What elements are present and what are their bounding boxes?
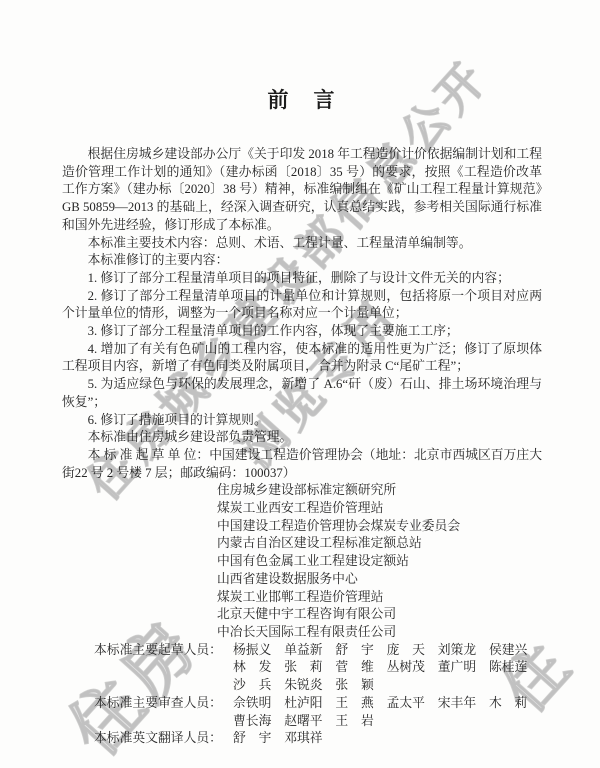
drafters-block: 本标准主要起草人员： 杨振义 单益新 舒 宇 庞 天 刘策龙 侯建兴 林 发 张…	[62, 642, 542, 695]
drafting-unit: 住房城乡建设部标准定额研究所	[217, 482, 542, 500]
personnel-row: 林 发 张 莉 菅 维 丛树茂 董广明 陈桂莲	[233, 659, 542, 677]
personnel-row: 曹长海 赵曙平 王 岩	[233, 713, 542, 731]
revision-item-6: 6. 修订了措施项目的计算规则。	[62, 412, 542, 430]
drafting-unit: 煤炭工业邯郸工程造价管理站	[217, 589, 542, 607]
drafting-unit: 山西省建设数据服务中心	[217, 571, 542, 589]
drafting-unit: 内蒙古自治区建设工程标准定额总站	[217, 535, 542, 553]
revision-item-2: 2. 修订了部分工程量清单项目的计量单位和计算规则，包括将原一个项目对应两个计量…	[62, 288, 542, 323]
personnel-section: 本标准主要起草人员： 杨振义 单益新 舒 宇 庞 天 刘策龙 侯建兴 林 发 张…	[62, 642, 542, 748]
personnel-row: 舒 宇 邓琪祥	[233, 730, 542, 748]
drafting-unit: 中冶长天国际工程有限责任公司	[217, 624, 542, 642]
drafting-unit: 煤炭工业西安工程造价管理站	[217, 500, 542, 518]
drafting-units-list: 住房城乡建设部标准定额研究所 煤炭工业西安工程造价管理站 中国建设工程造价管理协…	[217, 482, 542, 641]
paragraph-contents: 本标准主要技术内容：总则、术语、工程计量、工程量清单编制等。	[62, 235, 542, 253]
drafting-unit: 中国建设工程造价管理协会煤炭专业委员会	[217, 518, 542, 536]
reviewers-label: 本标准主要审查人员：	[62, 695, 233, 713]
reviewers-block: 本标准主要审查人员： 佘铁明 杜泸阳 王 燕 孟太平 宋丰年 木 莉 曹长海 赵…	[62, 695, 542, 730]
drafters-names: 杨振义 单益新 舒 宇 庞 天 刘策龙 侯建兴 林 发 张 莉 菅 维 丛树茂 …	[233, 642, 542, 695]
translators-block: 本标准英文翻译人员： 舒 宇 邓琪祥	[62, 730, 542, 748]
personnel-row: 沙 兵 朱锐炎 张 颖	[233, 677, 542, 695]
drafters-label: 本标准主要起草人员：	[62, 642, 233, 660]
paragraph-management: 本标准由住房城乡建设部负责管理。	[62, 429, 542, 447]
page-content: 前 言 根据住房城乡建设部办公厅《关于印发 2018 年工程造价计价依据编制计划…	[62, 0, 542, 748]
paragraph-intro: 根据住房城乡建设部办公厅《关于印发 2018 年工程造价计价依据编制计划和工程造…	[62, 146, 542, 235]
drafting-unit: 中国有色金属工业工程建设定额站	[217, 553, 542, 571]
drafting-unit: 北京天健中宇工程咨询有限公司	[217, 606, 542, 624]
personnel-row: 杨振义 单益新 舒 宇 庞 天 刘策龙 侯建兴	[233, 642, 542, 660]
revision-item-4: 4. 增加了有关有色矿山的工程内容，使本标准的适用性更为广泛；修订了原坝体工程项…	[62, 341, 542, 376]
paragraph-drafting-org: 本 标 准 起 草 单 位：中国建设工程造价管理协会（地址：北京市西城区百万庄大…	[62, 447, 542, 482]
paragraph-revision-head: 本标准修订的主要内容：	[62, 252, 542, 270]
page-title: 前 言	[62, 84, 542, 114]
revision-item-1: 1. 修订了部分工程量清单项目的项目特征，删除了与设计文件无关的内容；	[62, 270, 542, 288]
revision-item-5: 5. 为适应绿色与环保的发展理念，新增了 A.6“矸（废）石山、排土场环境治理与…	[62, 376, 542, 411]
preface-body: 根据住房城乡建设部办公厅《关于印发 2018 年工程造价计价依据编制计划和工程造…	[62, 146, 542, 482]
personnel-row: 佘铁明 杜泸阳 王 燕 孟太平 宋丰年 木 莉	[233, 695, 542, 713]
translators-label: 本标准英文翻译人员：	[62, 730, 233, 748]
reviewers-names: 佘铁明 杜泸阳 王 燕 孟太平 宋丰年 木 莉 曹长海 赵曙平 王 岩	[233, 695, 542, 730]
translators-names: 舒 宇 邓琪祥	[233, 730, 542, 748]
document-page: 住房城乡建设部信息公开 浏览专用 住房 住 前 言 根据住房城乡建设部办公厅《关…	[0, 0, 600, 768]
revision-item-3: 3. 修订了部分工程量清单项目的工作内容，体现了主要施工工序；	[62, 323, 542, 341]
